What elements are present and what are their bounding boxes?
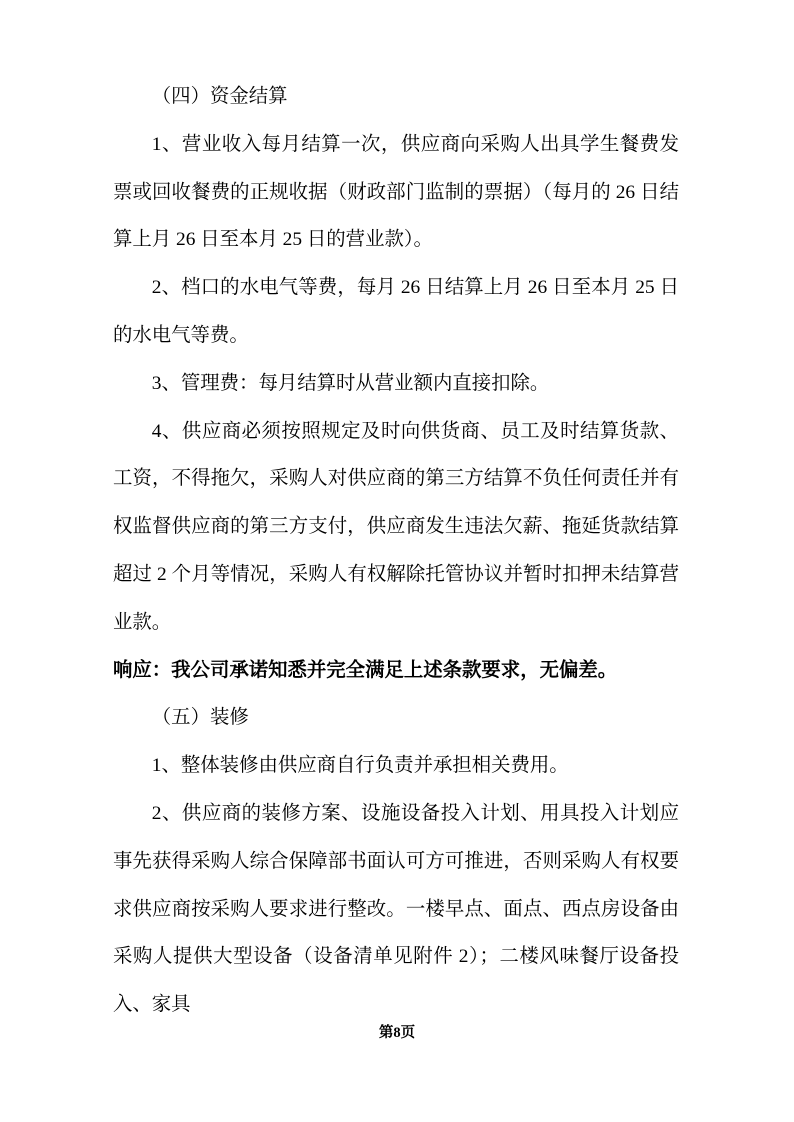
document-page: { "content": { "paragraphs": [ { "text":… <box>0 0 794 1122</box>
section-heading-decoration: （五）装修 <box>113 694 679 742</box>
paragraph-item-2-utilities-fee: 2、档口的水电气等费，每月 26 日结算上月 26 日至本月 25 日的水电气等… <box>113 264 679 360</box>
paragraph-item-1-revenue-settlement: 1、营业收入每月结算一次，供应商向采购人出具学生餐费发票或回收餐费的正规收据（财… <box>113 121 679 264</box>
paragraph-item-4-third-party-settlement: 4、供应商必须按照规定及时向供货商、员工及时结算货款、工资，不得拖欠，采购人对供… <box>113 408 679 647</box>
paragraph-item-1-decoration-responsibility: 1、整体装修由供应商自行负责并承担相关费用。 <box>113 742 679 790</box>
document-body: （四）资金结算 1、营业收入每月结算一次，供应商向采购人出具学生餐费发票或回收餐… <box>113 73 679 1029</box>
paragraph-item-3-management-fee: 3、管理费：每月结算时从营业额内直接扣除。 <box>113 360 679 408</box>
section-heading-fund-settlement: （四）资金结算 <box>113 73 679 121</box>
page-number: 第8页 <box>0 1022 794 1044</box>
paragraph-item-2-decoration-plan: 2、供应商的装修方案、设施设备投入计划、用具投入计划应事先获得采购人综合保障部书… <box>113 790 679 1029</box>
response-statement: 响应：我公司承诺知悉并完全满足上述条款要求，无偏差。 <box>113 647 679 695</box>
